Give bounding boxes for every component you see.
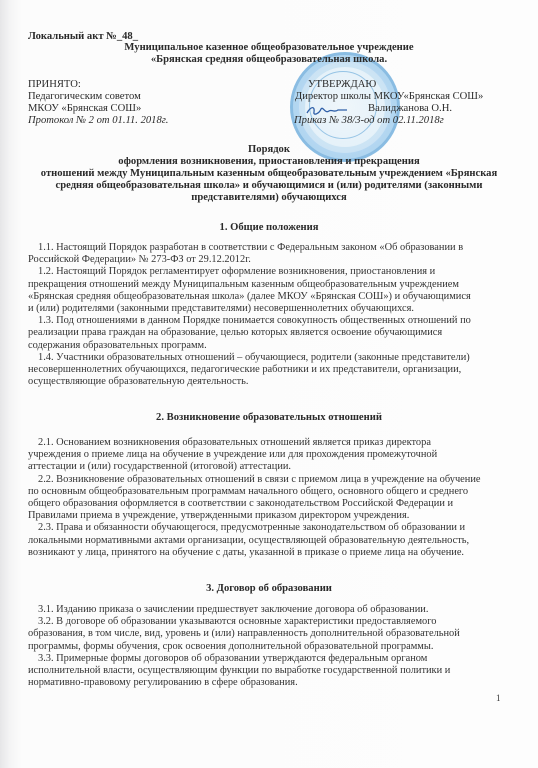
section-3-heading: 3. Договор об образовании: [0, 582, 538, 595]
paragraph-line: по основным общеобразовательным программ…: [28, 486, 508, 498]
paragraph-line: Правилами приема в учреждение, утвержден…: [28, 510, 508, 522]
paragraph-line: «Брянская средняя общеобразовательная шк…: [28, 291, 508, 303]
paragraph-line: возникают у лица, принятого на обучение …: [28, 547, 508, 559]
paragraph-line: 1.2. Настоящий Порядок регламентирует оф…: [28, 266, 508, 278]
paragraph-line: исполнительной власти, осуществляющим фу…: [28, 665, 508, 677]
paragraph-line: несовершеннолетних обучающихся, педагоги…: [28, 364, 508, 376]
paragraph-line: нормативно-правовому регулированию в сфе…: [28, 677, 508, 689]
paragraph-line: 3.2. В договоре об образовании указывают…: [28, 616, 508, 628]
paragraph-line: 2.3. Права и обязанности обучающегося, п…: [28, 522, 508, 534]
paragraph-line: осуществляющие образовательную деятельно…: [28, 376, 508, 388]
paragraph-line: локальными нормативными актами организац…: [28, 535, 508, 547]
paragraph-line: программы, формы обучения, срок освоения…: [28, 641, 508, 653]
paragraph-line: прекращения отношений между Муниципальны…: [28, 279, 508, 291]
paragraph-line: 2.1. Основанием возникновения образовате…: [28, 437, 508, 449]
paragraph-line: и (или) родителями (законными представит…: [28, 303, 508, 315]
paragraph-line: 1.3. Под отношениями в данном Порядке по…: [28, 315, 508, 327]
section-1-body: 1.1. Настоящий Порядок разработан в соот…: [28, 242, 508, 388]
org-name-line2: «Брянская средняя общеобразовательная шк…: [0, 53, 538, 66]
paragraph-line: учреждения о приеме лица на обучение в у…: [28, 449, 508, 461]
order-number: Приказ № 38/3-од от 02.11.2018г: [294, 114, 444, 127]
paragraph-line: общего образования оформляется в соответ…: [28, 498, 508, 510]
paragraph-line: Российской Федерации» № 273-ФЗ от 29.12.…: [28, 254, 508, 266]
section-2-body: 2.1. Основанием возникновения образовате…: [28, 437, 508, 559]
section-2-heading: 2. Возникновение образовательных отношен…: [0, 411, 538, 424]
paragraph-line: 3.3. Примерные формы договоров об образо…: [28, 653, 508, 665]
document-page: Локальный акт №_48_ Муниципальное казенн…: [0, 0, 538, 768]
paragraph-line: 3.1. Изданию приказа о зачислении предше…: [28, 604, 508, 616]
paragraph-line: 1.1. Настоящий Порядок разработан в соот…: [28, 242, 508, 254]
paragraph-line: 1.4. Участники образовательных отношений…: [28, 352, 508, 364]
doc-subtitle-line4: представителями) обучающихся: [0, 191, 538, 204]
paragraph-line: реализации права граждан на образование,…: [28, 327, 508, 339]
page-number: 1: [496, 692, 501, 704]
paragraph-line: 2.2. Возникновение образовательных отнош…: [28, 474, 508, 486]
protocol-number: Протокол № 2 от 01.11. 2018г.: [28, 114, 168, 127]
paragraph-line: содержания образовательных программ.: [28, 340, 508, 352]
paragraph-line: образования, в том числе, вид, уровень и…: [28, 628, 508, 640]
section-1-heading: 1. Общие положения: [0, 221, 538, 234]
paragraph-line: аттестации и (или) государственной (итог…: [28, 461, 508, 473]
section-3-body: 3.1. Изданию приказа о зачислении предше…: [28, 604, 508, 689]
